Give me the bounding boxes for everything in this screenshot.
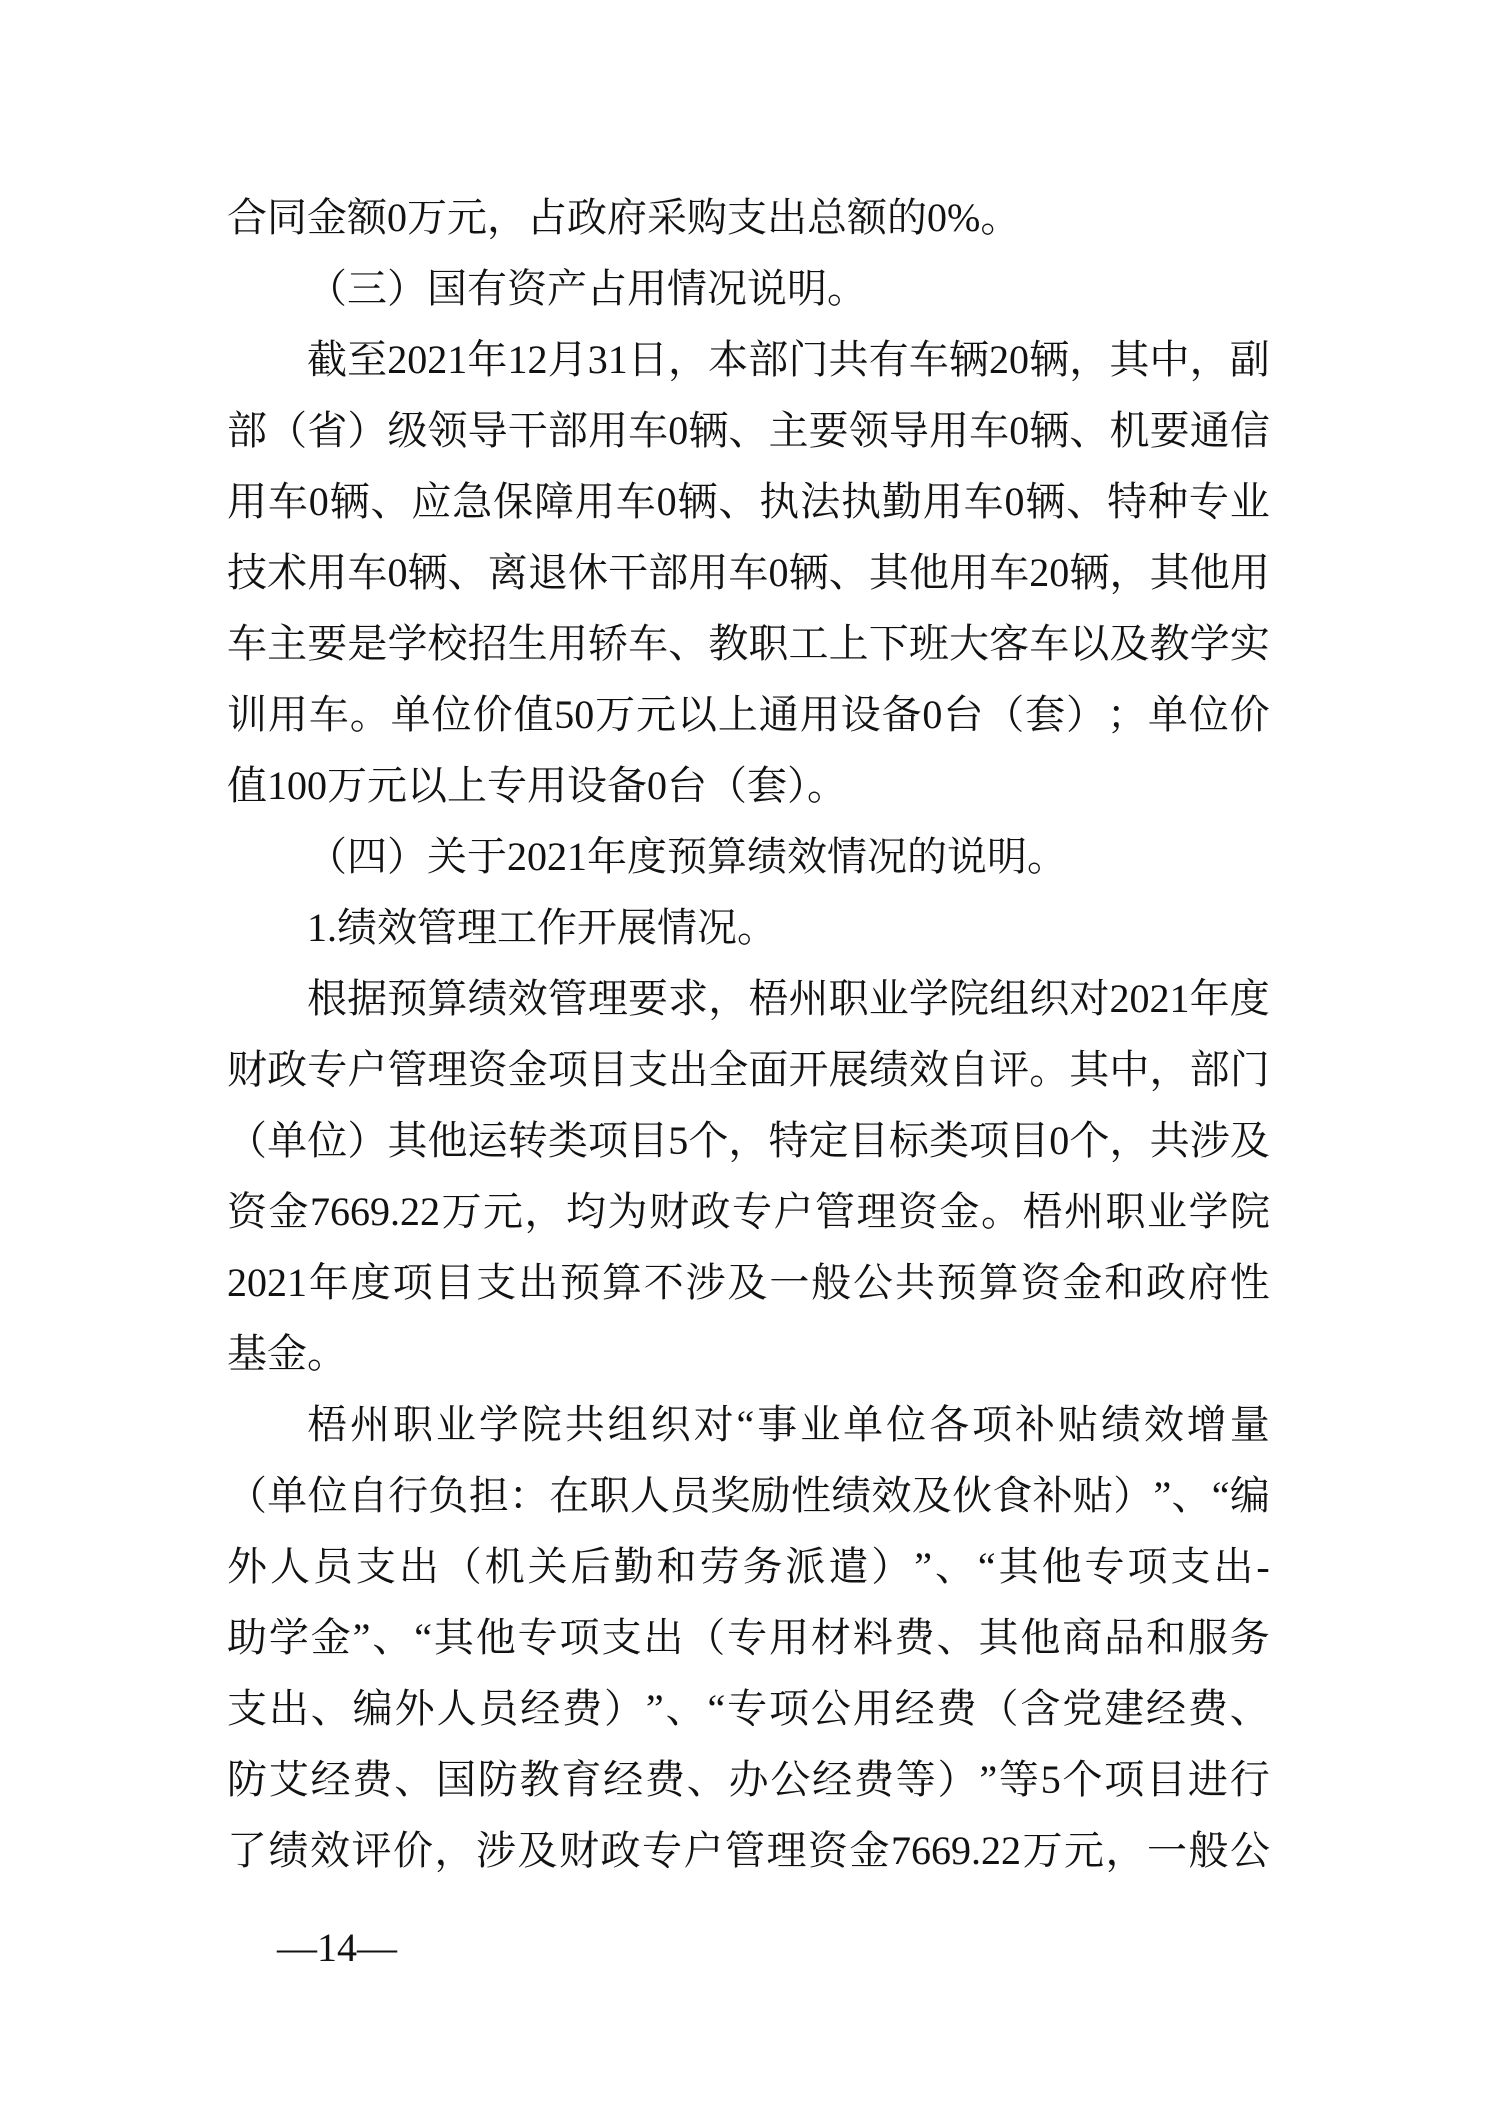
text-token: 在 bbox=[549, 1460, 589, 1531]
text-token: 服 bbox=[1188, 1602, 1228, 1673]
text-token: 下 bbox=[869, 608, 909, 679]
text-token: 用 bbox=[800, 679, 840, 750]
text-token: 资 bbox=[468, 1034, 508, 1105]
text-token: ） bbox=[347, 395, 387, 466]
text-token: 资 bbox=[1020, 1247, 1060, 1318]
text-token: 院 bbox=[949, 963, 989, 1034]
text-token: 障 bbox=[534, 466, 574, 537]
text-line: 1.绩效管理工作开展情况。 bbox=[227, 892, 1270, 963]
text-token: 院 bbox=[522, 1389, 562, 1460]
text-line: 外人员支出（机关后勤和劳务派遣）”、“其他专项支出- bbox=[227, 1531, 1270, 1602]
text-token: 生 bbox=[508, 608, 548, 679]
text-token: 业 bbox=[869, 963, 909, 1034]
text-token: 务 bbox=[742, 1531, 782, 1602]
text-token: 外 bbox=[395, 1673, 435, 1744]
text-token: 遣 bbox=[828, 1531, 868, 1602]
text-token: 展 bbox=[829, 1034, 869, 1105]
text-token: 公 bbox=[770, 1744, 810, 1815]
text-token: 位 bbox=[432, 679, 472, 750]
text-token: 车 bbox=[227, 608, 267, 679]
text-token: 领 bbox=[849, 395, 889, 466]
text-token: 共 bbox=[1150, 1105, 1190, 1176]
text-token: （ bbox=[227, 1105, 267, 1176]
text-token: 级 bbox=[387, 395, 427, 466]
text-token: 政 bbox=[267, 1034, 307, 1105]
text-token: 目 bbox=[1146, 1744, 1186, 1815]
text-token: 梧 bbox=[1023, 1176, 1063, 1247]
text-token: 0 bbox=[769, 537, 789, 608]
text-token: 个 bbox=[1063, 1744, 1103, 1815]
text-token: 、 bbox=[1172, 1460, 1212, 1531]
text-line: 防艾经费、国防教育经费、办公经费等）”等5个项目进行 bbox=[227, 1744, 1270, 1815]
text-token: 度 bbox=[1230, 963, 1270, 1034]
text-line: 用车0辆、应急保障用车0辆、执法执勤用车0辆、特种专业 bbox=[227, 466, 1270, 537]
text-token: 导 bbox=[468, 395, 508, 466]
text-token: 建 bbox=[1104, 1673, 1144, 1744]
text-token: 用 bbox=[1230, 537, 1270, 608]
text-token: 自 bbox=[348, 1460, 388, 1531]
text-token: 、 bbox=[728, 395, 768, 466]
text-token: 其 bbox=[1069, 1034, 1109, 1105]
text-token: ， bbox=[1150, 1034, 1190, 1105]
text-token: 班 bbox=[909, 608, 949, 679]
text-token: 专 bbox=[307, 1034, 347, 1105]
text-token: 中 bbox=[1150, 324, 1190, 395]
text-token: 法 bbox=[800, 466, 840, 537]
text-token: 实 bbox=[1230, 608, 1270, 679]
text-token: “ bbox=[737, 1389, 755, 1460]
text-token: 辆 bbox=[1029, 395, 1069, 466]
document-body: 合同金额0万元，占政府采购支出总额的0%。（三）国有资产占用情况说明。截至202… bbox=[227, 182, 1270, 1886]
text-token: 梧 bbox=[748, 963, 788, 1034]
text-token: 车 bbox=[964, 466, 1004, 537]
text-token: 品 bbox=[1104, 1602, 1144, 1673]
text-token: 金 bbox=[269, 1176, 309, 1247]
text-token: 价 bbox=[1230, 679, 1270, 750]
text-token: 经 bbox=[812, 1744, 852, 1815]
text-token: 个 bbox=[1069, 1105, 1109, 1176]
text-token: 职 bbox=[1106, 1176, 1146, 1247]
text-token: 至 bbox=[347, 324, 387, 395]
text-token: 费 bbox=[645, 1744, 685, 1815]
text-token: 2021 bbox=[387, 324, 467, 395]
text-token: 5 bbox=[1041, 1744, 1061, 1815]
text-token: 奖 bbox=[710, 1460, 750, 1531]
text-token: 值 bbox=[513, 679, 553, 750]
text-token: 务 bbox=[1230, 1602, 1270, 1673]
text-token: 。 bbox=[350, 679, 390, 750]
text-token: 其 bbox=[1109, 324, 1149, 395]
text-token: 要 bbox=[1150, 395, 1190, 466]
text-token: （ bbox=[227, 1460, 267, 1531]
text-token: 车 bbox=[909, 324, 949, 395]
text-token: 职 bbox=[393, 1389, 433, 1460]
text-token: 党 bbox=[1062, 1673, 1102, 1744]
text-token: 国 bbox=[436, 1744, 476, 1815]
text-token: 要 bbox=[809, 395, 849, 466]
text-token: 用 bbox=[853, 1673, 893, 1744]
text-token: 位 bbox=[308, 1460, 348, 1531]
text-token: 行 bbox=[1230, 1744, 1270, 1815]
text-token: 和 bbox=[1104, 1247, 1144, 1318]
text-token: 院 bbox=[1230, 1176, 1270, 1247]
text-token: 。 bbox=[1029, 1034, 1069, 1105]
text-token: 、 bbox=[937, 1602, 977, 1673]
text-token: （ bbox=[984, 679, 1024, 750]
text-token: ” bbox=[646, 1673, 664, 1744]
text-token: ， bbox=[708, 963, 748, 1034]
text-token: 部 bbox=[748, 324, 788, 395]
text-token: 目 bbox=[1009, 1105, 1049, 1176]
text-token: 训 bbox=[227, 679, 267, 750]
text-token: “ bbox=[414, 1602, 432, 1673]
text-token: 主 bbox=[267, 608, 307, 679]
text-token: 户 bbox=[774, 1176, 814, 1247]
text-token: 休 bbox=[568, 537, 608, 608]
text-line: 截至2021年12月31日，本部门共有车辆20辆，其中，副 bbox=[227, 324, 1270, 395]
text-token: 元 bbox=[636, 679, 676, 750]
text-token: ： bbox=[509, 1460, 549, 1531]
text-token: 2021 bbox=[1110, 963, 1190, 1034]
text-token: 业 bbox=[1230, 466, 1270, 537]
text-token: 共 bbox=[829, 324, 869, 395]
text-token: 辆 bbox=[330, 466, 370, 537]
text-token: 及 bbox=[727, 1247, 767, 1318]
text-line: 基金。 bbox=[227, 1318, 1270, 1389]
text-token: 保 bbox=[493, 466, 533, 537]
text-token: 运 bbox=[468, 1105, 508, 1176]
text-token: 经 bbox=[311, 1744, 351, 1815]
text-token: 及 bbox=[518, 1815, 558, 1886]
text-token: 涉 bbox=[686, 1247, 726, 1318]
text-token: 退 bbox=[528, 537, 568, 608]
text-token: 据 bbox=[347, 963, 387, 1034]
text-token: 急 bbox=[452, 466, 492, 537]
text-token: ” bbox=[914, 1531, 932, 1602]
text-token: 管 bbox=[548, 963, 588, 1034]
text-token: 车 bbox=[628, 395, 668, 466]
text-token: 干 bbox=[508, 395, 548, 466]
text-token: 理 bbox=[857, 1176, 897, 1247]
text-token: 等 bbox=[999, 1744, 1039, 1815]
text-token: 、 bbox=[372, 1602, 412, 1673]
text-token: 梧 bbox=[307, 1389, 347, 1460]
text-token: 辆 bbox=[688, 395, 728, 466]
text-token: 对 bbox=[694, 1389, 734, 1460]
text-line: 助学金”、“其他专项支出（专用材料费、其他商品和服务 bbox=[227, 1602, 1270, 1673]
text-token: 支 bbox=[227, 1673, 267, 1744]
text-token: 轿 bbox=[588, 608, 628, 679]
text-token: 员 bbox=[478, 1673, 518, 1744]
text-line: 根据预算绩效管理要求，梧州职业学院组织对2021年度 bbox=[227, 963, 1270, 1034]
text-token: 、 bbox=[371, 466, 411, 537]
text-token: 般 bbox=[1189, 1815, 1229, 1886]
text-token: 补 bbox=[1015, 1389, 1055, 1460]
text-token: ） bbox=[871, 1531, 911, 1602]
text-token: 通 bbox=[1190, 395, 1230, 466]
text-token: 标 bbox=[889, 1105, 929, 1176]
text-token: 开 bbox=[789, 1034, 829, 1105]
text-token: 性 bbox=[791, 1460, 831, 1531]
text-token: 负 bbox=[428, 1460, 468, 1531]
text-token: 种 bbox=[1148, 466, 1188, 537]
text-token: 一 bbox=[769, 1247, 809, 1318]
text-token: 车 bbox=[616, 466, 656, 537]
text-token: 办 bbox=[729, 1744, 769, 1815]
text-token: 助 bbox=[227, 1602, 267, 1673]
text-token: ） bbox=[347, 1105, 387, 1176]
text-token: 编 bbox=[1230, 1460, 1270, 1531]
text-token: 费 bbox=[937, 1673, 977, 1744]
text-token: 支 bbox=[628, 1034, 668, 1105]
text-token: 目 bbox=[849, 1105, 889, 1176]
text-token: 其 bbox=[434, 1602, 474, 1673]
text-token: 劳 bbox=[699, 1531, 739, 1602]
text-token: 他 bbox=[476, 1602, 516, 1673]
text-token: 0 bbox=[657, 466, 677, 537]
text-token: 项 bbox=[548, 1034, 588, 1105]
text-token: 副 bbox=[1230, 324, 1270, 395]
text-token: 是 bbox=[347, 608, 387, 679]
text-token: 财 bbox=[559, 1815, 599, 1886]
text-token: 不 bbox=[644, 1247, 684, 1318]
text-line: 车主要是学校招生用轿车、教职工上下班大客车以及教学实 bbox=[227, 608, 1270, 679]
text-token: 项 bbox=[1104, 1744, 1144, 1815]
text-token: 经 bbox=[895, 1673, 935, 1744]
text-token: 导 bbox=[889, 395, 929, 466]
text-token: 事 bbox=[757, 1389, 797, 1460]
text-token: 商 bbox=[1062, 1602, 1102, 1673]
text-line: 资金7669.22万元，均为财政专户管理资金。梧州职业学院 bbox=[227, 1176, 1270, 1247]
text-token: 贴 bbox=[1073, 1460, 1113, 1531]
text-token: 后 bbox=[571, 1531, 611, 1602]
text-token: 出 bbox=[399, 1531, 439, 1602]
text-line: 了绩效评价，涉及财政专户管理资金7669.22万元，一般公 bbox=[227, 1815, 1270, 1886]
text-token: 各 bbox=[929, 1389, 969, 1460]
document-page: 合同金额0万元，占政府采购支出总额的0%。（三）国有资产占用情况说明。截至202… bbox=[0, 0, 1500, 2121]
text-token: 0 bbox=[668, 395, 688, 466]
text-token: 0 bbox=[1049, 1105, 1069, 1176]
text-line: 技术用车0辆、离退休干部用车0辆、其他用车20辆，其他用 bbox=[227, 537, 1270, 608]
text-token: 车 bbox=[628, 608, 668, 679]
text-token: 防 bbox=[227, 1744, 267, 1815]
text-token: 5 bbox=[668, 1105, 688, 1176]
text-token: ， bbox=[435, 1815, 475, 1886]
text-token: 管 bbox=[387, 1034, 427, 1105]
text-token: 对 bbox=[1069, 963, 1109, 1034]
text-token: 0 bbox=[1009, 395, 1029, 466]
text-token: 及 bbox=[912, 1460, 952, 1531]
text-token: ， bbox=[1069, 324, 1109, 395]
text-token: 价 bbox=[472, 679, 512, 750]
text-token: 用 bbox=[929, 395, 969, 466]
text-token: 资 bbox=[808, 1815, 848, 1886]
text-token: （ bbox=[978, 1673, 1018, 1744]
text-line: 训用车。单位价值50万元以上通用设备0台（套）；单位价 bbox=[227, 679, 1270, 750]
text-token: 进 bbox=[1188, 1744, 1228, 1815]
text-token: 个 bbox=[688, 1105, 728, 1176]
text-token: 防 bbox=[478, 1744, 518, 1815]
text-token: 车 bbox=[969, 395, 1009, 466]
text-token: 学 bbox=[1189, 1176, 1229, 1247]
text-token: 员 bbox=[313, 1531, 353, 1602]
text-token: 人 bbox=[630, 1460, 670, 1531]
text-token: 本 bbox=[708, 324, 748, 395]
text-token: （ bbox=[685, 1602, 725, 1673]
text-token: 经 bbox=[603, 1744, 643, 1815]
text-token: 、 bbox=[666, 1673, 706, 1744]
text-token: 支 bbox=[356, 1531, 396, 1602]
text-token: 用 bbox=[769, 1602, 809, 1673]
text-token: 。 bbox=[981, 1176, 1021, 1247]
text-token: 职 bbox=[829, 963, 869, 1034]
text-token: 金 bbox=[508, 1034, 548, 1105]
text-token: ” bbox=[353, 1602, 371, 1673]
text-token: 评 bbox=[352, 1815, 392, 1886]
text-token: 金 bbox=[940, 1176, 980, 1247]
text-token: 资 bbox=[227, 1176, 267, 1247]
text-token: 月 bbox=[548, 324, 588, 395]
text-token: 上 bbox=[718, 679, 758, 750]
text-token: 预 bbox=[387, 963, 427, 1034]
text-token: 伙 bbox=[952, 1460, 992, 1531]
text-token: 政 bbox=[601, 1815, 641, 1886]
text-token: 根 bbox=[307, 963, 347, 1034]
text-token: 万 bbox=[1023, 1815, 1063, 1886]
text-token: 以 bbox=[677, 679, 717, 750]
text-line: （四）关于2021年度预算绩效情况的说明。 bbox=[227, 821, 1270, 892]
text-token: 面 bbox=[748, 1034, 788, 1105]
text-line: 财政专户管理资金项目支出全面开展绩效自评。其中，部门 bbox=[227, 1034, 1270, 1105]
text-token: 机 bbox=[485, 1531, 525, 1602]
text-token: 学 bbox=[269, 1602, 309, 1673]
text-token: 用 bbox=[268, 679, 308, 750]
text-token: 用 bbox=[575, 466, 615, 537]
text-token: 项 bbox=[393, 1247, 433, 1318]
text-token: 2021 bbox=[227, 1247, 307, 1318]
text-token: 州 bbox=[350, 1389, 390, 1460]
text-token: 项 bbox=[560, 1602, 600, 1673]
text-token: 类 bbox=[548, 1105, 588, 1176]
text-token: 及 bbox=[1109, 608, 1149, 679]
text-token: 项 bbox=[769, 1673, 809, 1744]
text-line: （三）国有资产占用情况说明。 bbox=[227, 253, 1270, 324]
text-token: 府 bbox=[1188, 1247, 1228, 1318]
text-token: 他 bbox=[909, 537, 949, 608]
text-token: 了 bbox=[227, 1815, 267, 1886]
text-token: 车 bbox=[1029, 608, 1069, 679]
text-token: 、 bbox=[1066, 466, 1106, 537]
text-line: 部（省）级领导干部用车0辆、主要领导用车0辆、机要通信 bbox=[227, 395, 1270, 466]
text-token: 车 bbox=[347, 537, 387, 608]
text-token: 等 bbox=[896, 1744, 936, 1815]
text-token: 费 bbox=[562, 1673, 602, 1744]
text-token: - bbox=[1256, 1531, 1269, 1602]
text-token: 州 bbox=[1064, 1176, 1104, 1247]
text-token: 织 bbox=[1029, 963, 1069, 1034]
text-token: 日 bbox=[628, 324, 668, 395]
text-token: 执 bbox=[759, 466, 799, 537]
text-token: 理 bbox=[428, 1034, 468, 1105]
text-token: 信 bbox=[1230, 395, 1270, 466]
text-token: 管 bbox=[815, 1176, 855, 1247]
text-token: 出 bbox=[668, 1034, 708, 1105]
text-line: 合同金额0万元，占政府采购支出总额的0%。 bbox=[227, 182, 1270, 253]
text-token: （ bbox=[267, 395, 307, 466]
text-token: 校 bbox=[428, 608, 468, 679]
text-token: 辆 bbox=[678, 466, 718, 537]
text-line: 梧州职业学院共组织对“事业单位各项补贴绩效增量 bbox=[227, 1389, 1270, 1460]
text-token: 其 bbox=[999, 1531, 1039, 1602]
text-token: 人 bbox=[270, 1531, 310, 1602]
text-token: 行 bbox=[388, 1460, 428, 1531]
text-token: 用 bbox=[949, 537, 989, 608]
text-token: 部 bbox=[1190, 1034, 1230, 1105]
text-token: 车 bbox=[728, 537, 768, 608]
text-token: 和 bbox=[657, 1531, 697, 1602]
text-token: 算 bbox=[427, 963, 467, 1034]
text-token: 他 bbox=[428, 1105, 468, 1176]
text-token: 辆 bbox=[1025, 466, 1065, 537]
text-token: 其 bbox=[869, 537, 909, 608]
text-token: 出 bbox=[269, 1673, 309, 1744]
text-token: 费 bbox=[854, 1744, 894, 1815]
text-token: 金 bbox=[850, 1815, 890, 1886]
text-token: 单 bbox=[1148, 679, 1188, 750]
text-token: 出 bbox=[1213, 1531, 1253, 1602]
text-token: 效 bbox=[909, 1034, 949, 1105]
text-token: 有 bbox=[869, 324, 909, 395]
text-token: 均 bbox=[566, 1176, 606, 1247]
text-token: 材 bbox=[811, 1602, 851, 1673]
text-token: 部 bbox=[648, 537, 688, 608]
text-token: 客 bbox=[989, 608, 1029, 679]
text-token: 般 bbox=[811, 1247, 851, 1318]
text-token: 专 bbox=[642, 1815, 682, 1886]
text-token: 绩 bbox=[1101, 1389, 1141, 1460]
text-token: 预 bbox=[937, 1247, 977, 1318]
text-token: ） bbox=[1066, 679, 1106, 750]
text-token: 支 bbox=[476, 1247, 516, 1318]
text-token: 勤 bbox=[614, 1531, 654, 1602]
text-token: 12 bbox=[508, 324, 548, 395]
text-token: 组 bbox=[608, 1389, 648, 1460]
text-token: 招 bbox=[468, 608, 508, 679]
text-token: 共 bbox=[895, 1247, 935, 1318]
text-token: 、 bbox=[668, 608, 708, 679]
text-token: 辆 bbox=[1069, 537, 1109, 608]
text-token: 万 bbox=[442, 1176, 482, 1247]
text-line: 支出、编外人员经费）”、“专项公用经费（含党建经费、 bbox=[227, 1673, 1270, 1744]
text-token: 共 bbox=[565, 1389, 605, 1460]
text-token: 料 bbox=[853, 1602, 893, 1673]
text-token: “ bbox=[1212, 1460, 1230, 1531]
text-token: 、 bbox=[448, 537, 488, 608]
text-token: 学 bbox=[1190, 608, 1230, 679]
text-token: ， bbox=[668, 324, 708, 395]
text-token: 学 bbox=[479, 1389, 519, 1460]
text-token: 门 bbox=[1230, 1034, 1270, 1105]
text-token: 目 bbox=[588, 1034, 628, 1105]
text-token: 用 bbox=[227, 466, 267, 537]
text-token: 织 bbox=[651, 1389, 691, 1460]
text-token: ， bbox=[1106, 1815, 1146, 1886]
text-token: 政 bbox=[1146, 1247, 1186, 1318]
text-token: 员 bbox=[670, 1460, 710, 1531]
text-token: 经 bbox=[520, 1673, 560, 1744]
text-token: 量 bbox=[1230, 1389, 1270, 1460]
text-token: ” bbox=[979, 1744, 997, 1815]
